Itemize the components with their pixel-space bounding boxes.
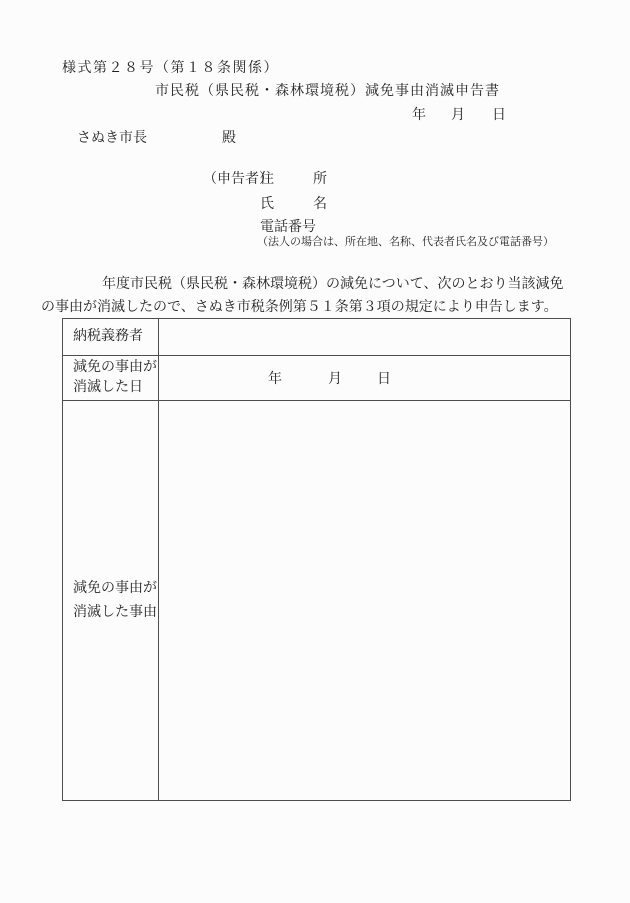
- name-label-part1: 氏: [260, 197, 274, 213]
- phone-label: 電話番号: [260, 220, 316, 236]
- cessation-date-label: 減免の事由が 消滅した日: [63, 358, 158, 398]
- table-row-cessation-date: 減免の事由が 消滅した日 年月日: [63, 356, 571, 401]
- taxpayer-label: 納税義務者: [63, 327, 158, 347]
- cessation-date-value-cell: 年月日: [159, 356, 571, 401]
- cell-day-label: 日: [377, 372, 391, 387]
- date-year-label: 年: [412, 108, 426, 124]
- body-text-line1: 年度市民税（県民税・森林環境税）の減免について、次のとおり当該減免: [102, 277, 563, 293]
- cessation-date-placeholders: 年月日: [159, 368, 570, 388]
- addressee-mayor: さぬき市長: [77, 131, 147, 147]
- declaration-table: 納税義務者 減免の事由が 消滅した日 年月日 減免の事由が 消滅した事由: [62, 318, 571, 801]
- address-label-part1: 住: [260, 172, 274, 188]
- cell-year-label: 年: [268, 372, 282, 387]
- name-label-part2: 名: [313, 197, 327, 213]
- tax-form-document: 様式第２８号（第１８条関係） 市民税（県民税・森林環境税）減免事由消滅申告書 年…: [0, 0, 630, 903]
- cell-month-label: 月: [328, 372, 342, 387]
- corporate-note: （法人の場合は、所在地、名称、代表者氏名及び電話番号）: [257, 236, 554, 249]
- taxpayer-value-cell: [159, 319, 571, 356]
- document-title: 市民税（県民税・森林環境税）減免事由消滅申告書: [155, 84, 500, 100]
- cessation-reason-label: 減免の事由が 消滅した事由: [63, 577, 158, 625]
- date-day-label: 日: [492, 108, 506, 124]
- cessation-reason-value-cell: [159, 401, 571, 801]
- form-number: 様式第２８号（第１８条関係）: [62, 61, 279, 77]
- date-month-label: 月: [451, 108, 465, 124]
- table-row-cessation-reason: 減免の事由が 消滅した事由: [63, 401, 571, 801]
- body-text-line2: の事由が消滅したので、さぬき市税条例第５１条第３項の規定により申告します。: [41, 300, 558, 316]
- addressee-honorific: 殿: [222, 131, 236, 147]
- table-row-taxpayer: 納税義務者: [63, 319, 571, 356]
- address-label-part2: 所: [313, 172, 327, 188]
